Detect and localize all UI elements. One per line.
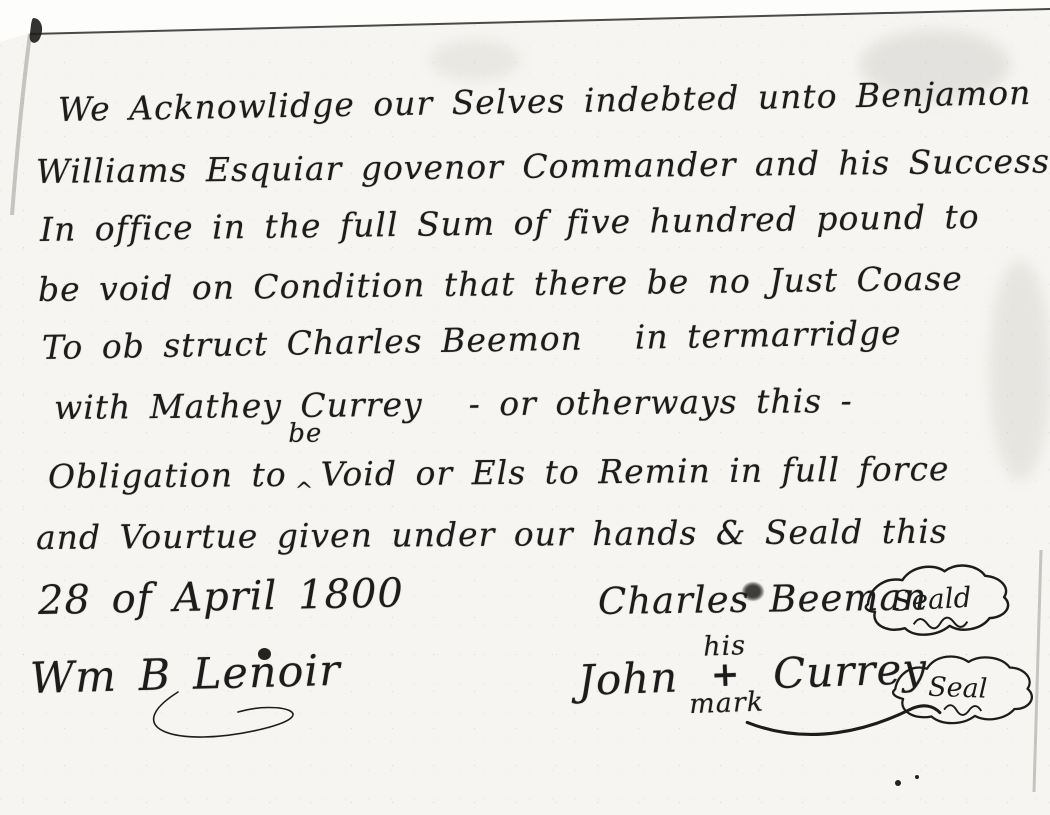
caret-mark: ^ — [295, 479, 315, 504]
bond-line-7-right: Void or Els to Remin in full force — [320, 449, 949, 493]
seal-beeman-label: Seald — [891, 581, 972, 618]
ink-blot — [742, 582, 764, 601]
witness-flourish — [28, 690, 368, 760]
scanned-document-page: We Acknowlidge our Selves indebted unto … — [0, 0, 1050, 815]
ink-dot — [915, 775, 919, 779]
bond-line-6: with Mathey Currey- or otherways this - — [54, 381, 853, 427]
bond-line-1: We Acknowlidge our Selves indebted unto … — [58, 73, 1032, 129]
scan-margin-top — [0, 0, 1050, 42]
seal-wave-flourish — [944, 705, 982, 716]
bond-line-5: To ob struct Charles Beemonin termarridg… — [42, 313, 902, 367]
bond-line-4: be void on Condition that there be no Ju… — [38, 259, 963, 309]
paper-smudge — [990, 260, 1050, 480]
bond-line-6-right: - or otherways this - — [468, 381, 852, 423]
bond-line-2: Williams Esquiar govenor Commander and h… — [36, 141, 1050, 191]
ink-dot — [258, 648, 271, 660]
interlinear-insertion: be^ — [286, 453, 320, 486]
bond-line-8: and Vourtue given under our hands & Seal… — [36, 512, 948, 557]
ink-dot — [895, 780, 901, 786]
currey-first-name: John — [577, 652, 679, 704]
corner-ink-mark — [30, 18, 43, 43]
bond-line-6-left: with Mathey Currey — [54, 385, 423, 427]
bond-line-7-left: Obligation to — [48, 455, 287, 496]
bond-line-7: Obligation tobe^Void or Els to Remin in … — [48, 447, 950, 496]
seal-currey: Seal — [738, 637, 1050, 753]
paper-smudge — [430, 40, 520, 80]
bond-line-5-left: To ob struct Charles Beemon — [42, 319, 584, 367]
bond-line-5-right: in termarridge — [635, 313, 902, 357]
inserted-word: be — [288, 419, 322, 449]
paper-top-edge — [30, 9, 1050, 34]
seal-currey-label: Seal — [928, 672, 988, 705]
paper-left-edge — [12, 34, 30, 215]
bond-line-3: In office in the full Sum of five hundre… — [40, 197, 980, 249]
flourish-stroke — [154, 692, 293, 737]
signature-flourish — [747, 700, 940, 739]
date-line: 28 of April 1800 — [38, 570, 405, 624]
